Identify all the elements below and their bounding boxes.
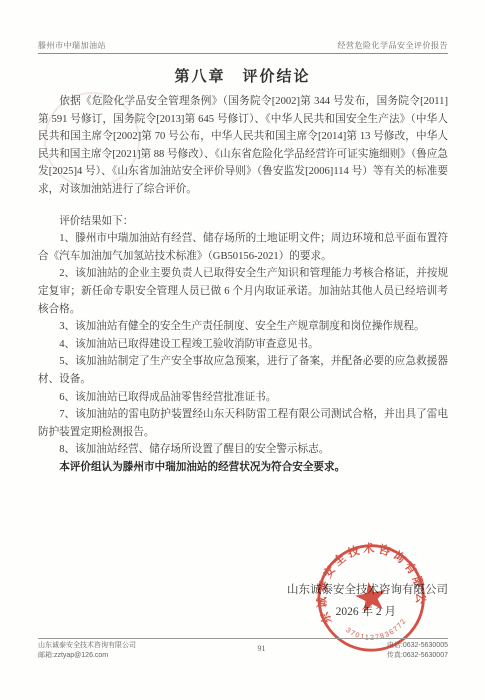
- header-divider: [38, 53, 448, 54]
- footer-email: 邮箱:zztyap@126.com: [38, 651, 136, 661]
- intro-paragraph: 依据《危险化学品安全管理条例》（国务院令[2002]第 344 号发布，国务院令…: [38, 93, 448, 199]
- conclusion-item-2: 2、该加油站的企业主要负责人已取得安全生产知识和管理能力考核合格证，并按规定复审…: [38, 265, 448, 318]
- header-left-title: 滕州市中瑞加油站: [38, 40, 106, 51]
- header-right-title: 经营危险化学品安全评价报告: [338, 40, 449, 51]
- seal-star-icon: [353, 579, 388, 613]
- body-text: 依据《危险化学品安全管理条例》（国务院令[2002]第 344 号发布，国务院令…: [38, 93, 448, 476]
- footer-divider: [38, 638, 448, 639]
- footer-page-number: 91: [257, 641, 265, 654]
- final-verdict: 本评价组认为滕州市中瑞加油站的经营状况为符合安全要求。: [38, 459, 448, 477]
- document-page: 滕州市中瑞加油站 经营危险化学品安全评价报告 第八章 评价结论 依据《危险化学品…: [0, 0, 485, 700]
- conclusion-item-5: 5、该加油站制定了生产安全事故应急预案，进行了备案，并配备必要的应急救援器材、设…: [38, 353, 448, 388]
- chapter-title: 第八章 评价结论: [0, 65, 485, 86]
- footer-contact-block: 电话:0632-5630005 传真:0632-5630007: [387, 641, 448, 660]
- footer-fax: 传真:0632-5630007: [387, 651, 448, 661]
- page-footer: 山东诚泰安全技术咨询有限公司 邮箱:zztyap@126.com 91 电话:0…: [38, 641, 448, 660]
- footer-phone: 电话:0632-5630005: [387, 641, 448, 651]
- conclusion-item-8: 8、该加油站经营、储存场所设置了醒目的安全警示标志。: [38, 441, 448, 459]
- footer-company-block: 山东诚泰安全技术咨询有限公司 邮箱:zztyap@126.com: [38, 641, 136, 660]
- conclusion-item-6: 6、该加油站已取得成品油零售经营批准证书。: [38, 389, 448, 407]
- page-header: 滕州市中瑞加油站 经营危险化学品安全评价报告: [38, 40, 448, 51]
- conclusion-item-1: 1、滕州市中瑞加油站有经营、储存场所的土地证明文件；周边环境和总平面布置符合《汽…: [38, 230, 448, 265]
- results-label: 评价结果如下：: [38, 213, 448, 231]
- seal-ring-text: 山东诚泰安全技术咨询有限公司: [305, 531, 431, 628]
- svg-text:山东诚泰安全技术咨询有限公司: 山东诚泰安全技术咨询有限公司: [305, 531, 431, 628]
- conclusion-item-4: 4、该加油站已取得建设工程竣工验收消防审查意见书。: [38, 336, 448, 354]
- footer-company: 山东诚泰安全技术咨询有限公司: [38, 641, 136, 651]
- conclusion-item-7: 7、该加油站的雷电防护装置经山东天科防雷工程有限公司测试合格，并出具了雷电防护装…: [38, 406, 448, 441]
- conclusion-item-3: 3、该加油站有健全的安全生产责任制度、安全生产规章制度和岗位操作规程。: [38, 318, 448, 336]
